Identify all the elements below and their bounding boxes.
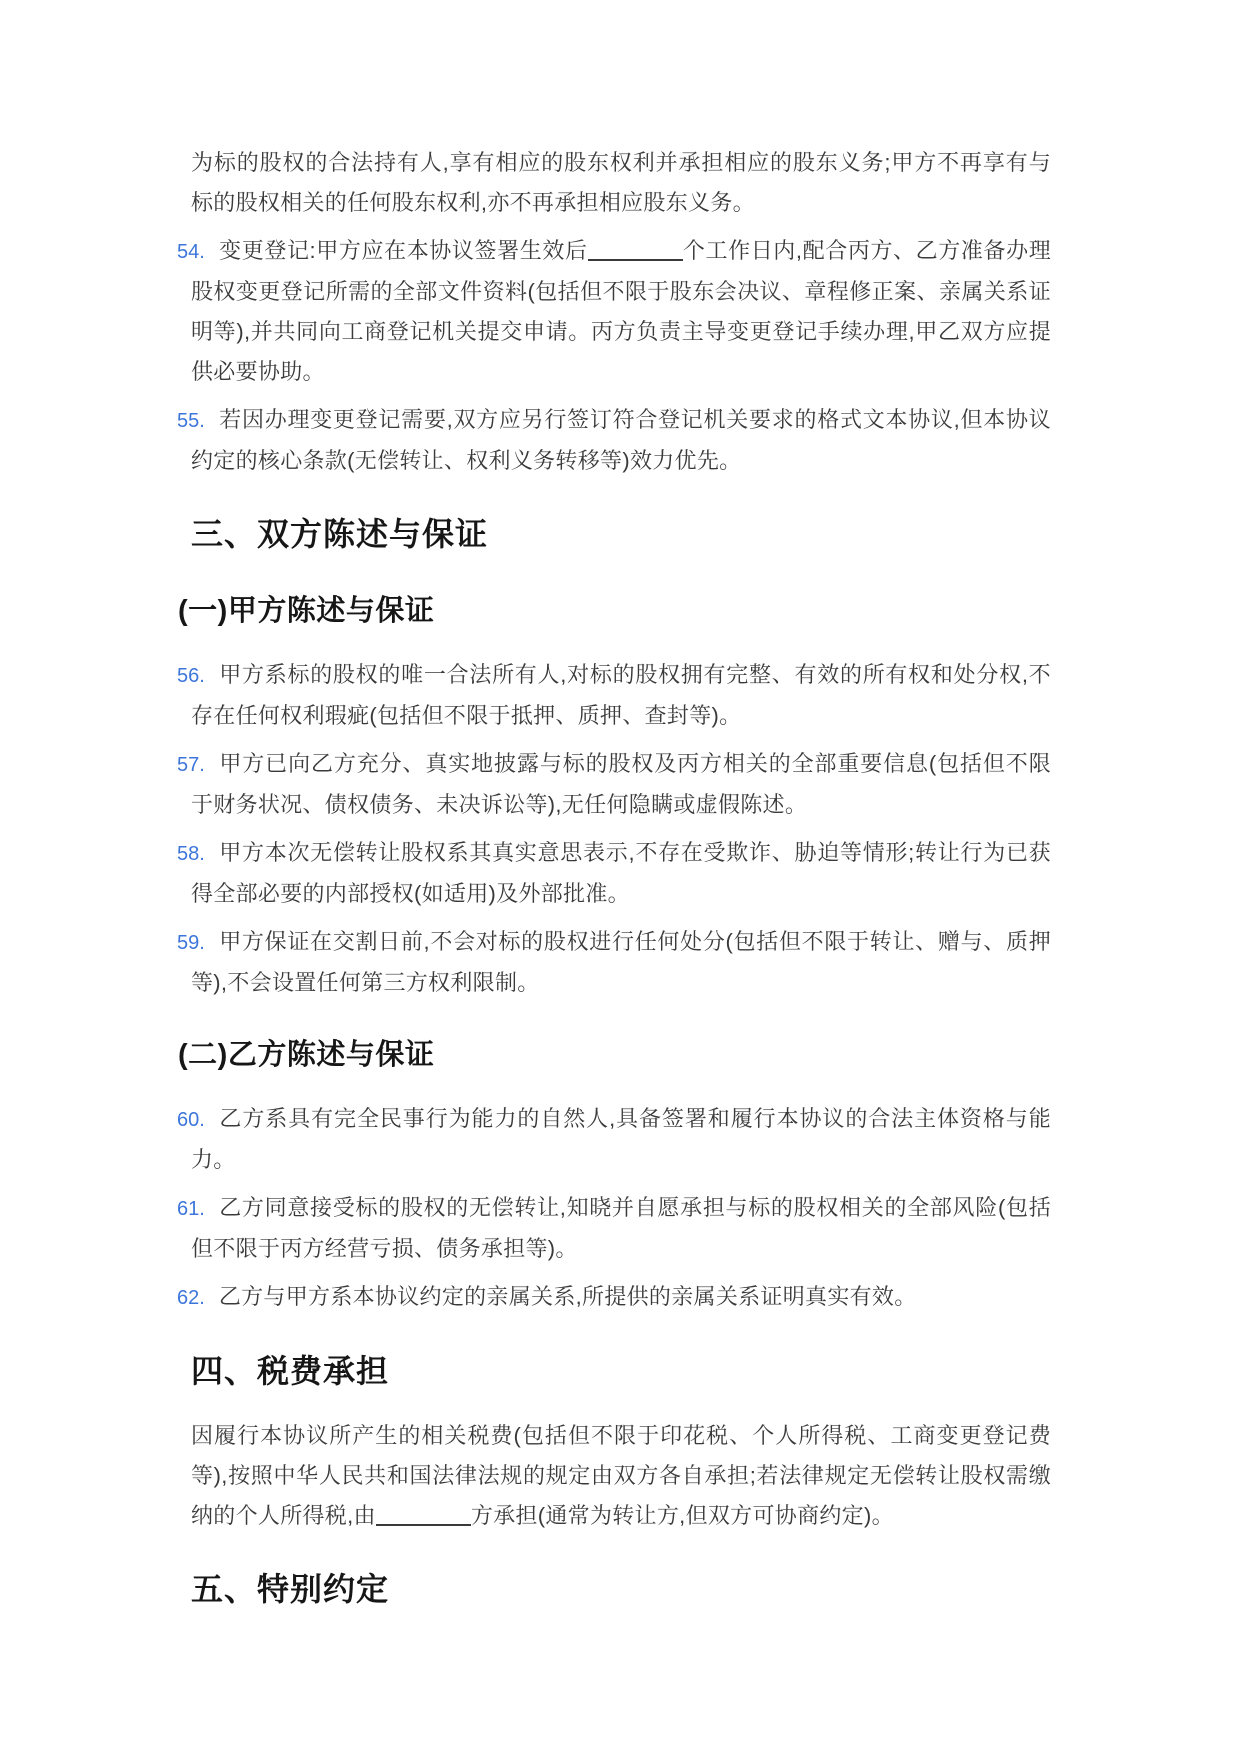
text-run: 甲方本次无偿转让股权系其真实意思表示,不存在受欺诈、胁迫等情形;转让行为已获得全… (191, 840, 1051, 906)
numbered-clause: 58.甲方本次无偿转让股权系其真实意思表示,不存在受欺诈、胁迫等情形;转让行为已… (191, 833, 1051, 914)
clause-number: 54. (177, 241, 205, 263)
clause-number: 55. (177, 410, 205, 432)
numbered-clause: 61.乙方同意接受标的股权的无偿转让,知晓并自愿承担与标的股权相关的全部风险(包… (191, 1188, 1051, 1269)
fill-in-blank (588, 235, 683, 261)
paragraph: 因履行本协议所产生的相关税费(包括但不限于印花税、个人所得税、工商变更登记费等)… (191, 1416, 1051, 1536)
contract-document-page: { "page": { "background": "#ffffff", "bo… (0, 0, 1241, 1755)
text-run: 甲方已向乙方充分、真实地披露与标的股权及丙方相关的全部重要信息(包括但不限于财务… (191, 751, 1051, 817)
numbered-clause: 56.甲方系标的股权的唯一合法所有人,对标的股权拥有完整、有效的所有权和处分权,… (191, 655, 1051, 736)
paragraph: 为标的股权的合法持有人,享有相应的股东权利并承担相应的股东义务;甲方不再享有与标… (191, 143, 1051, 223)
numbered-clause: 55.若因办理变更登记需要,双方应另行签订符合登记机关要求的格式文本协议,但本协… (191, 400, 1051, 481)
clause-number: 57. (177, 754, 205, 776)
page: 为标的股权的合法持有人,享有相应的股东权利并承担相应的股东义务;甲方不再享有与标… (0, 0, 1241, 1755)
numbered-clause: 62.乙方与甲方系本协议约定的亲属关系,所提供的亲属关系证明真实有效。 (191, 1277, 1051, 1318)
clause-number: 62. (177, 1287, 205, 1309)
fill-in-blank (376, 1500, 471, 1526)
numbered-clause: 54.变更登记:甲方应在本协议签署生效后个工作日内,配合丙方、乙方准备办理股权变… (191, 231, 1051, 392)
section-heading: 四、税费承担 (191, 1348, 1051, 1394)
numbered-clause: 57.甲方已向乙方充分、真实地披露与标的股权及丙方相关的全部重要信息(包括但不限… (191, 744, 1051, 825)
section-heading: 三、双方陈述与保证 (191, 511, 1051, 557)
clause-number: 58. (177, 843, 205, 865)
subsection-heading: (一)甲方陈述与保证 (178, 589, 1051, 633)
text-run: 乙方系具有完全民事行为能力的自然人,具备签署和履行本协议的合法主体资格与能力。 (191, 1106, 1051, 1172)
clause-number: 60. (177, 1109, 205, 1131)
document-body: 为标的股权的合法持有人,享有相应的股东权利并承担相应的股东义务;甲方不再享有与标… (191, 143, 1051, 1612)
text-run: 若因办理变更登记需要,双方应另行签订符合登记机关要求的格式文本协议,但本协议约定… (191, 407, 1051, 473)
subsection-heading: (二)乙方陈述与保证 (178, 1033, 1051, 1077)
section-heading: 五、特别约定 (191, 1566, 1051, 1612)
text-run: 乙方与甲方系本协议约定的亲属关系,所提供的亲属关系证明真实有效。 (219, 1284, 917, 1309)
text-run: 甲方保证在交割日前,不会对标的股权进行任何处分(包括但不限于转让、赠与、质押等)… (191, 929, 1051, 995)
text-run: 甲方系标的股权的唯一合法所有人,对标的股权拥有完整、有效的所有权和处分权,不存在… (191, 662, 1051, 728)
text-run: 为标的股权的合法持有人,享有相应的股东权利并承担相应的股东义务;甲方不再享有与标… (191, 150, 1051, 215)
clause-number: 61. (177, 1198, 205, 1220)
text-run: 方承担(通常为转让方,但双方可协商约定)。 (471, 1503, 894, 1528)
text-run: 乙方同意接受标的股权的无偿转让,知晓并自愿承担与标的股权相关的全部风险(包括但不… (191, 1195, 1051, 1261)
text-run: 变更登记:甲方应在本协议签署生效后 (219, 238, 588, 263)
clause-number: 59. (177, 932, 205, 954)
numbered-clause: 59.甲方保证在交割日前,不会对标的股权进行任何处分(包括但不限于转让、赠与、质… (191, 922, 1051, 1003)
clause-number: 56. (177, 665, 205, 687)
numbered-clause: 60.乙方系具有完全民事行为能力的自然人,具备签署和履行本协议的合法主体资格与能… (191, 1099, 1051, 1180)
